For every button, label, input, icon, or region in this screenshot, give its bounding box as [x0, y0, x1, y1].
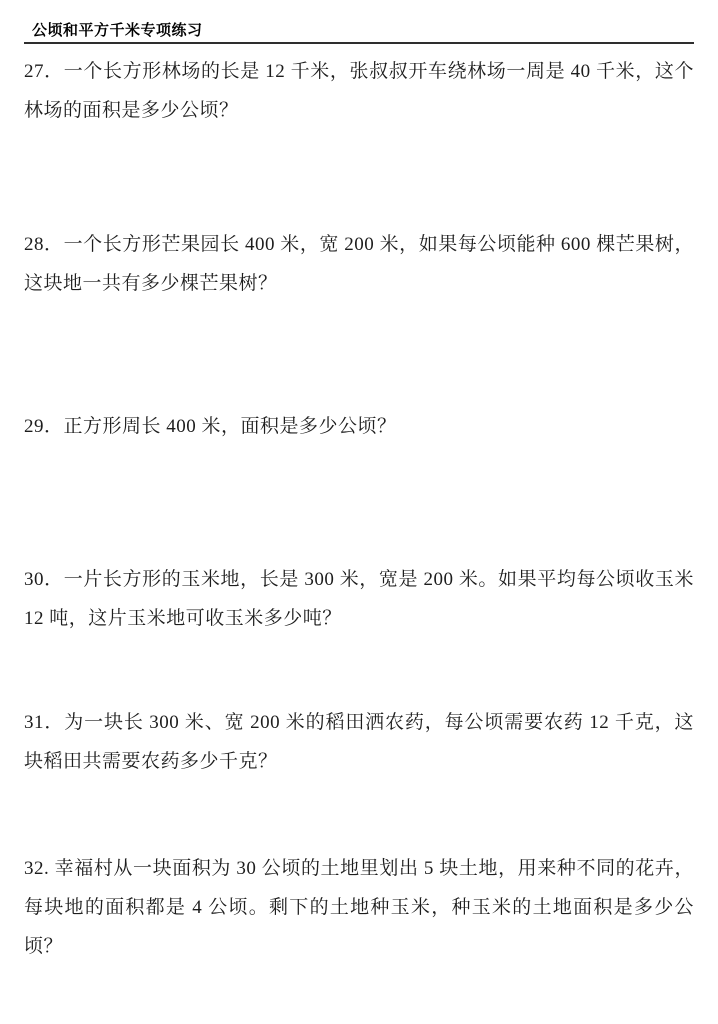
question-item-32: 32. 幸福村从一块面积为 30 公顷的土地里划出 5 块土地，用来种不同的花卉… [24, 849, 694, 966]
question-text: 幸福村从一块面积为 30 公顷的土地里划出 5 块土地，用来种不同的花卉，每块地… [24, 858, 694, 957]
question-text: 一个长方形林场的长是 12 千米，张叔叔开车绕林场一周是 40 千米，这个林场的… [24, 61, 694, 121]
question-number: 32. [24, 858, 55, 879]
question-text: 正方形周长 400 米，面积是多少公顷？ [64, 416, 397, 437]
question-text: 一个长方形芒果园长 400 米，宽 200 米，如果每公顷能种 600 棵芒果树… [24, 234, 694, 294]
question-list: 27．一个长方形林场的长是 12 千米，张叔叔开车绕林场一周是 40 千米，这个… [24, 52, 694, 966]
question-text: 一片长方形的玉米地，长是 300 米，宽是 200 米。如果平均每公顷收玉米 1… [24, 569, 694, 629]
question-number: 29． [24, 416, 64, 437]
header-divider [24, 42, 694, 44]
question-item-31: 31．为一块长 300 米、宽 200 米的稻田洒农药，每公顷需要农药 12 千… [24, 703, 694, 849]
question-text: 为一块长 300 米、宽 200 米的稻田洒农药，每公顷需要农药 12 千克，这… [24, 712, 694, 772]
question-number: 28． [24, 234, 64, 255]
worksheet-page: 公顷和平方千米专项练习 27．一个长方形林场的长是 12 千米，张叔叔开车绕林场… [0, 0, 718, 1024]
question-item-30: 30．一片长方形的玉米地，长是 300 米，宽是 200 米。如果平均每公顷收玉… [24, 560, 694, 703]
question-item-28: 28．一个长方形芒果园长 400 米，宽 200 米，如果每公顷能种 600 棵… [24, 225, 694, 407]
page-title: 公顷和平方千米专项练习 [32, 20, 694, 42]
question-number: 27． [24, 61, 64, 82]
question-number: 31． [24, 712, 64, 733]
question-item-29: 29．正方形周长 400 米，面积是多少公顷？ [24, 407, 694, 560]
worksheet-header: 公顷和平方千米专项练习 [24, 20, 694, 44]
question-item-27: 27．一个长方形林场的长是 12 千米，张叔叔开车绕林场一周是 40 千米，这个… [24, 52, 694, 225]
question-number: 30． [24, 569, 64, 590]
